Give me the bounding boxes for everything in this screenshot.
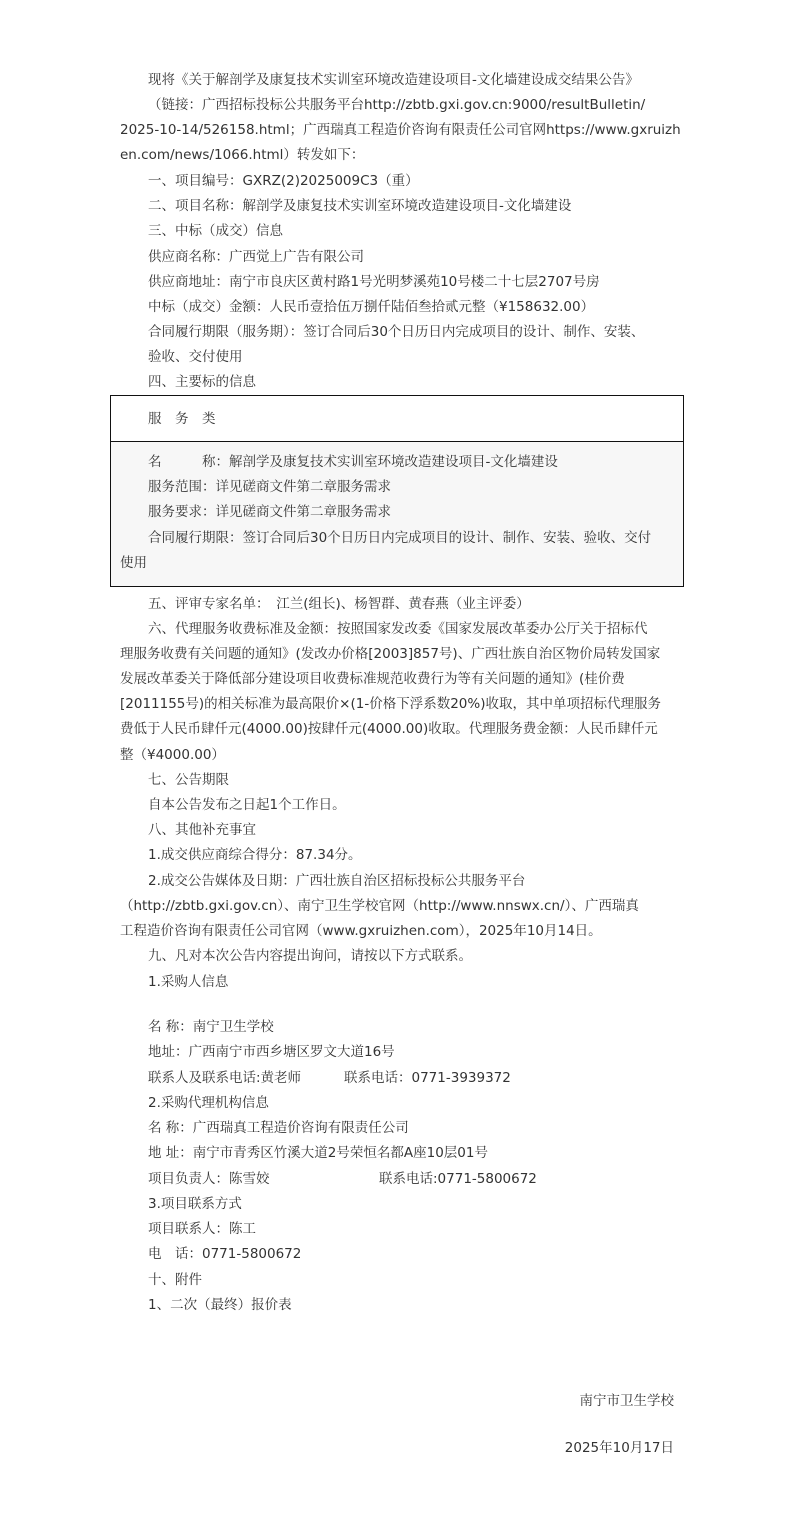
agency-fee-line-2: 理服务收费有关问题的通知》(发改办价格[2003]857号)、广西壮族自治区物价… — [120, 642, 660, 667]
purchaser-address: 地址：广西南宁市西乡塘区罗文大道16号 — [148, 1040, 395, 1065]
agency-address: 地 址：南宁市青秀区竹溪大道2号荣恒名都A座10层01号 — [148, 1141, 488, 1166]
intro-line-3: 2025-10-14/526158.html；广西瑞真工程造价咨询有限责任公司官… — [120, 118, 681, 143]
supplier-name: 供应商名称：广西觉上广告有限公司 — [148, 245, 364, 270]
agency-manager: 项目负责人：陈雪姣 — [148, 1167, 270, 1192]
project-contact-phone: 电 话：0771-5800672 — [148, 1242, 301, 1267]
supplier-address: 供应商地址：南宁市良庆区黄村路1号光明梦溪苑10号楼二十七层2707号房 — [148, 270, 600, 295]
award-amount: 中标（成交）金额：人民币壹拾伍万捌仟陆佰叁拾贰元整（¥158632.00） — [148, 295, 594, 320]
service-period-line-2: 使用 — [120, 551, 147, 576]
supplementary-heading: 八、其他补充事宜 — [148, 818, 256, 843]
agency-fee-line-6: 整（¥4000.00） — [120, 743, 225, 768]
intro-line-2: （链接：广西招标投标公共服务平台http://zbtb.gxi.gov.cn:9… — [148, 93, 645, 118]
purchaser-info-heading: 1.采购人信息 — [148, 970, 228, 995]
intro-line-1: 现将《关于解剖学及康复技术实训室环境改造建设项目-文化墙建设成交结果公告》 — [148, 68, 639, 93]
project-name: 二、项目名称：解剖学及康复技术实训室环境改造建设项目-文化墙建设 — [148, 194, 571, 219]
agency-fee-line-1: 六、代理服务收费标准及金额：按照国家发改委《国家发展改革委办公厅关于招标代 — [148, 617, 648, 642]
service-scope: 服务范围：详见磋商文件第二章服务需求 — [148, 475, 391, 500]
media-line-1: 2.成交公告媒体及日期：广西壮族自治区招标投标公共服务平台 — [148, 869, 525, 894]
contact-heading: 九、凡对本次公告内容提出询问，请按以下方式联系。 — [148, 944, 472, 969]
attachments-heading: 十、附件 — [148, 1268, 202, 1293]
service-name: 名 称：解剖学及康复技术实训室环境改造建设项目-文化墙建设 — [148, 450, 558, 475]
attachment-quote-sheet[interactable]: 1、二次（最终）报价表 — [148, 1293, 292, 1318]
contract-period-line-1: 合同履行期限（服务期）：签订合同后30个日历日内完成项目的设计、制作、安装、 — [148, 320, 644, 345]
agency-name: 名 称：广西瑞真工程造价咨询有限责任公司 — [148, 1116, 409, 1141]
project-contact-heading: 3.项目联系方式 — [148, 1192, 242, 1217]
purchaser-name: 名 称：南宁卫生学校 — [148, 1015, 274, 1040]
award-info-heading: 三、中标（成交）信息 — [148, 219, 283, 244]
media-line-3: 工程造价咨询有限责任公司官网（www.gxruizhen.com），2025年1… — [120, 919, 602, 944]
signature-org: 南宁市卫生学校 — [580, 1389, 675, 1414]
service-category-label: 服 务 类 — [148, 407, 216, 432]
agency-info-heading: 2.采购代理机构信息 — [148, 1091, 269, 1116]
service-requirement: 服务要求：详见磋商文件第二章服务需求 — [148, 500, 391, 525]
agency-fee-line-3: 发展改革委关于降低部分建设项目收费标准规范收费行为等有关问题的通知》(桂价费 — [120, 667, 625, 692]
purchaser-phone: 联系电话：0771-3939372 — [344, 1066, 511, 1091]
notice-period-heading: 七、公告期限 — [148, 768, 229, 793]
service-table-header: 服 务 类 — [111, 396, 683, 442]
supplier-score: 1.成交供应商综合得分：87.34分。 — [148, 843, 362, 868]
service-info-table: 服 务 类 名 称：解剖学及康复技术实训室环境改造建设项目-文化墙建设 服务范围… — [110, 395, 684, 587]
review-experts: 五、评审专家名单： 江兰(组长)、杨智群、黄春燕（业主评委） — [148, 592, 530, 617]
purchaser-contact: 联系人及联系电话:黄老师 — [148, 1066, 301, 1091]
contract-period-line-2: 验收、交付使用 — [148, 345, 243, 370]
main-subject-heading: 四、主要标的信息 — [148, 370, 256, 395]
service-table-body: 名 称：解剖学及康复技术实训室环境改造建设项目-文化墙建设 服务范围：详见磋商文… — [111, 442, 683, 586]
agency-fee-line-4: [2011155号)的相关标准为最高限价×(1-价格下浮系数20%)收取，其中单… — [120, 692, 661, 717]
agency-fee-line-5: 费低于人民币肆仟元(4000.00)按肆仟元(4000.00)收取。代理服务费金… — [120, 717, 658, 742]
media-line-2: （http://zbtb.gxi.gov.cn）、南宁卫生学校官网（http:/… — [120, 894, 639, 919]
notice-period-text: 自本公告发布之日起1个工作日。 — [148, 793, 346, 818]
project-number: 一、项目编号：GXRZ(2)2025009C3（重） — [148, 169, 419, 194]
project-contact-person: 项目联系人：陈工 — [148, 1217, 256, 1242]
agency-phone: 联系电话:0771-5800672 — [379, 1167, 537, 1192]
service-period-line-1: 合同履行期限：签订合同后30个日历日内完成项目的设计、制作、安装、验收、交付 — [148, 526, 651, 551]
signature-date: 2025年10月17日 — [565, 1436, 674, 1461]
intro-line-4: en.com/news/1066.html）转发如下： — [120, 143, 364, 168]
